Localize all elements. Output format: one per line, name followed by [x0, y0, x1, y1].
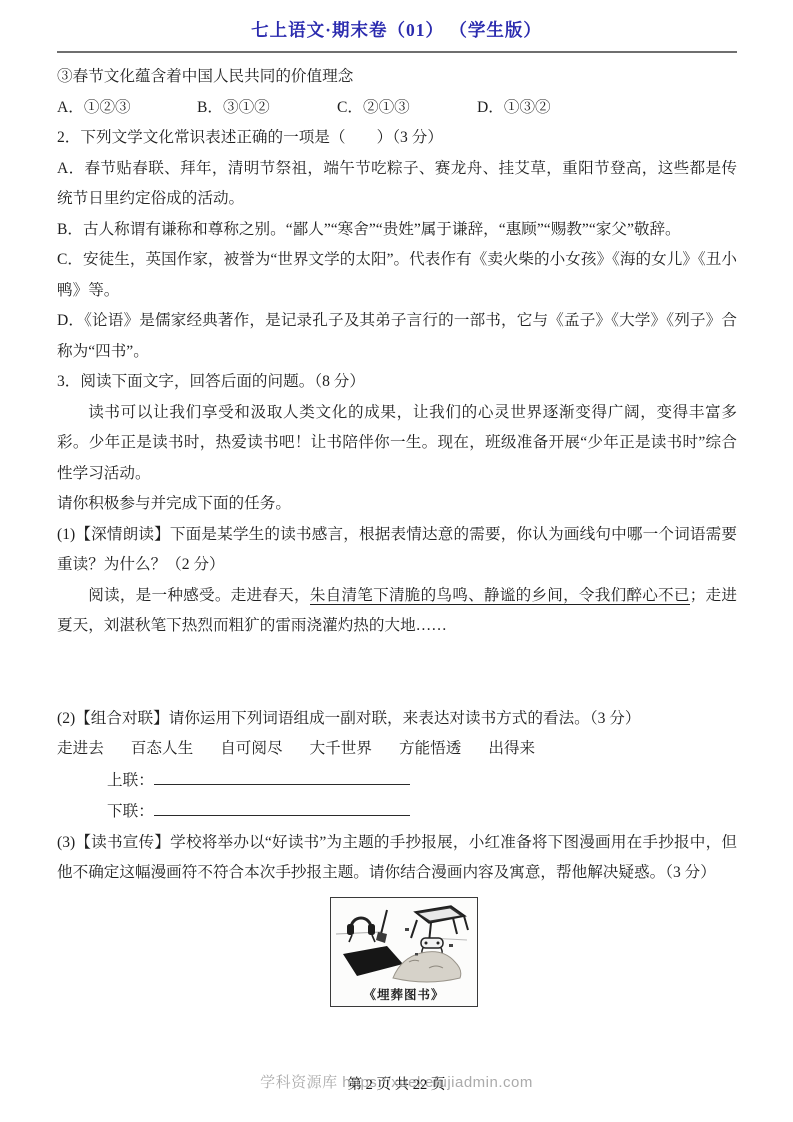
word-bank-item: 出得来 — [488, 734, 535, 765]
shovel-icon — [376, 910, 387, 943]
word-bank-item: 走进去 — [57, 734, 104, 765]
question2-option-d: D．《论语》是儒家经典著作，是记录孔子及其弟子言行的一部书，它与《孟子》《大学》… — [57, 306, 737, 367]
answer-space — [57, 642, 737, 704]
question3-task-note: 请你积极参与并完成下面的任务。 — [57, 489, 737, 520]
dirt-mound-shape — [393, 928, 461, 982]
cartoon-caption: 《埋葬图书》 — [331, 988, 477, 1002]
lower-couplet-label: 下联： — [107, 803, 154, 820]
exam-paper-page: 七上语文·期末卷（01） （学生版） ③春节文化蕴含着中国人民共同的价值理念 A… — [0, 0, 793, 1122]
option-a: A．①②③ — [57, 93, 197, 124]
tablet-table-icon — [411, 906, 468, 942]
word-bank-item: 方能悟透 — [399, 734, 461, 765]
question3-part1-stem: (1)【深情朗读】下面是某学生的读书感言，根据表情达意的需要，你认为画线句中哪一… — [57, 520, 737, 581]
word-bank-item: 自可阅尽 — [220, 734, 282, 765]
question3-intro: 读书可以让我们享受和汲取人类文化的成果，让我们的心灵世界逐渐变得广阔，变得丰富多… — [57, 398, 737, 490]
quote-underlined-segment: 朱自清笔下清脆的鸟鸣、静谧的乡间，令我们醉心不已 — [310, 587, 690, 605]
question2-option-a: A．春节贴春联、拜年，清明节祭祖，端午节吃粽子、赛龙舟、挂艾草，重阳节登高，这些… — [57, 154, 737, 215]
lower-couplet-blank — [154, 796, 410, 816]
page-footer: 学科资源库 https://xuekefujiadmin.com 第 2 页 共… — [0, 1070, 793, 1096]
question3-part2-stem: (2)【组合对联】请你运用下列词语组成一副对联，来表达对读书方式的看法。（3 分… — [57, 704, 737, 735]
upper-couplet-label: 上联： — [107, 772, 154, 789]
couplet-word-bank: 走进去 百态人生 自可阅尽 大千世界 方能悟透 出得来 — [57, 734, 737, 765]
question3-part1-quote: 阅读，是一种感受。走进春天，朱自清笔下清脆的鸟鸣、静谧的乡间，令我们醉心不已；走… — [57, 581, 737, 642]
question3-part3-stem: (3)【读书宣传】学校将举办以“好读书”为主题的手抄报展，小红准备将下图漫画用在… — [57, 828, 737, 889]
cartoon-drawing — [331, 898, 473, 984]
option-c: C．②①③ — [337, 93, 477, 124]
headphones-icon — [347, 918, 375, 942]
option-b: B．③①② — [197, 93, 337, 124]
upper-couplet-blank — [154, 765, 410, 785]
cartoon-figure-area: 、 — [57, 897, 737, 1007]
question2-option-c: C．安徒生，英国作家，被誉为“世界文学的太阳”。代表作有《卖火柴的小女孩》《海的… — [57, 245, 737, 306]
question1-item3-line: ③春节文化蕴含着中国人民共同的价值理念 — [57, 62, 737, 93]
question3-stem: 3．阅读下面文字，回答后面的问题。（8 分） — [57, 367, 737, 398]
word-bank-item: 大千世界 — [310, 734, 372, 765]
page-title: 七上语文·期末卷（01） （学生版） — [0, 17, 793, 42]
exam-body: ③春节文化蕴含着中国人民共同的价值理念 A．①②③ B．③①② C．②①③ D．… — [0, 53, 793, 1007]
question2-option-b: B．古人称谓有谦称和尊称之别。“鄙人”“寒舍”“贵姓”属于谦辞，“惠顾”“赐教”… — [57, 215, 737, 246]
question1-options-row: A．①②③ B．③①② C．②①③ D．①③② — [57, 93, 737, 124]
page-header: 七上语文·期末卷（01） （学生版） — [0, 0, 793, 53]
option-d: D．①③② — [477, 93, 617, 124]
question2-stem: 2．下列文学文化常识表述正确的一项是（ ）（3 分） — [57, 123, 737, 154]
quote-pre: 阅读，是一种感受。走进春天， — [88, 587, 310, 604]
word-bank-item: 百态人生 — [131, 734, 193, 765]
grave-hole-shape — [343, 946, 403, 976]
cartoon-burying-books: 《埋葬图书》 — [330, 897, 478, 1007]
lower-couplet-row: 下联： — [107, 796, 737, 828]
page-number: 第 2 页 共 22 页 — [0, 1073, 793, 1094]
upper-couplet-row: 上联： — [107, 765, 737, 797]
